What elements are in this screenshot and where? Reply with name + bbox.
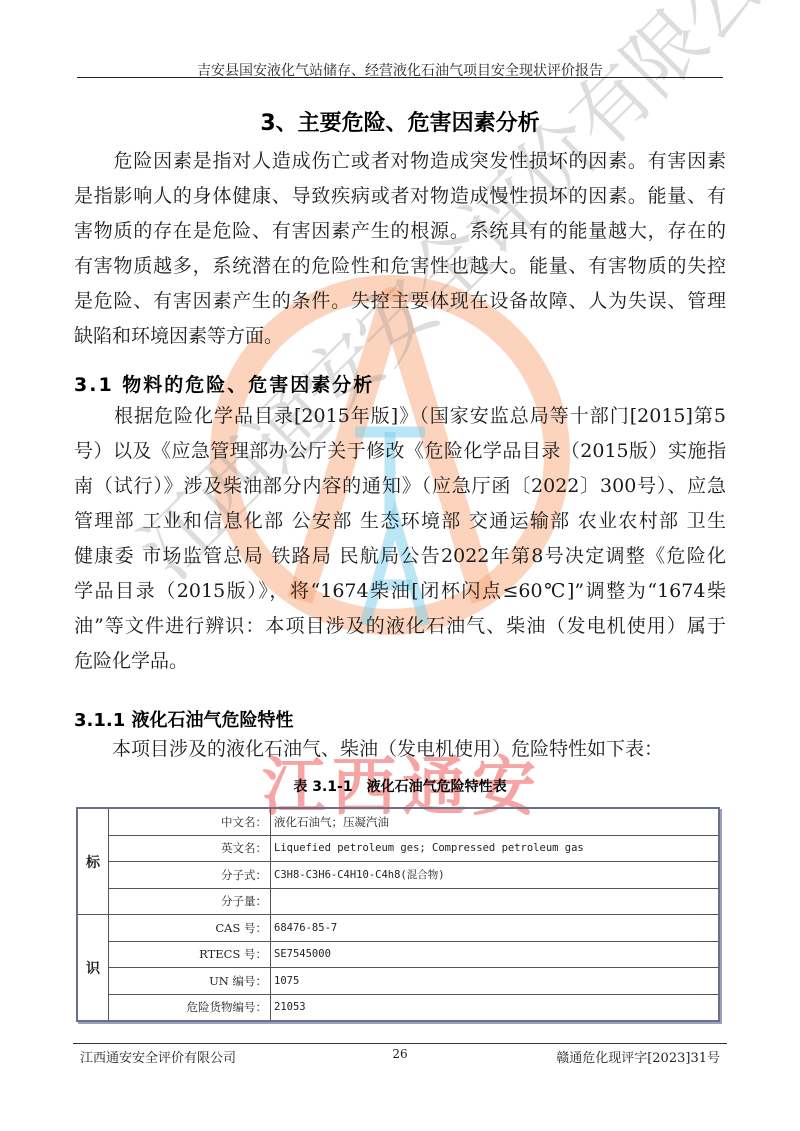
- row-value: Liquefied petroleum ges; Compressed petr…: [271, 835, 720, 862]
- side-label-bottom: 识: [77, 915, 109, 1022]
- table-row: RTECS 号： SE7545000: [77, 941, 719, 968]
- header-divider: [77, 77, 723, 78]
- row-label: 危险货物编号：: [109, 994, 271, 1021]
- text-line: 有害物质越多，系统潜在的危险性和危害性也越大。能量、有害物质的失控: [74, 249, 726, 284]
- text-line: 是危险、有害因素产生的条件。失控主要体现在设备故障、人为失误、管理: [74, 284, 726, 319]
- row-label: RTECS 号：: [109, 941, 271, 968]
- text-line: 学品目录（2015版）》，将“1674柴油[闭杯闪点≤60℃]”调整为“1674…: [74, 574, 726, 609]
- row-value: SE7545000: [271, 941, 720, 968]
- table-row: UN 编号： 1075: [77, 968, 719, 995]
- text-line: 本项目涉及的液化石油气、柴油（发电机使用）危险特性如下表：: [74, 732, 726, 767]
- table-row: 分子量：: [77, 888, 719, 915]
- section-3-1-paragraph: 根据危险化学品目录[2015年版]》（国家安监总局等十部门[2015]第5 号）…: [74, 399, 726, 679]
- row-value: 21053: [271, 994, 720, 1021]
- document-page: 江西通安安全评价有限公司 江西通安 吉安县国安液化气站储存、经营液化石油气项目安…: [0, 0, 800, 1131]
- row-label: 英文名：: [109, 835, 271, 862]
- table-row: 分子式： C3H8-C3H6-C4H10-C4h8(混合物): [77, 862, 719, 889]
- section-3-1-1-intro: 本项目涉及的液化石油气、柴油（发电机使用）危险特性如下表：: [74, 732, 726, 767]
- footer-doc-number: 赣通危化现评字[2023]31号: [556, 1047, 720, 1066]
- side-label-top: 标: [77, 808, 109, 915]
- table-row: 英文名： Liquefied petroleum ges; Compressed…: [77, 835, 719, 862]
- row-value: [271, 888, 720, 915]
- intro-paragraph: 危险因素是指对人造成伤亡或者对物造成突发性损坏的因素。有害因素 是指影响人的身体…: [74, 144, 726, 354]
- text-line: 南（试行）》涉及柴油部分内容的通知》（应急厅函〔2022〕300号）、应急: [74, 469, 726, 504]
- row-label: CAS 号：: [109, 915, 271, 942]
- footer-divider: [73, 1043, 727, 1044]
- table-row: 危险货物编号： 21053: [77, 994, 719, 1021]
- text-line: 危险化学品。: [74, 644, 726, 679]
- table-caption: 表 3.1-1 液化石油气危险特性表: [0, 776, 800, 796]
- text-line: 危险因素是指对人造成伤亡或者对物造成突发性损坏的因素。有害因素: [74, 144, 726, 179]
- text-line: 害物质的存在是危险、有害因素产生的根源。系统具有的能量越大，存在的: [74, 214, 726, 249]
- hazard-properties-table: 标 中文名： 液化石油气；压凝汽油 英文名： Liquefied petrole…: [76, 807, 720, 1022]
- section-heading-3-1: 3.1 物料的危险、危害因素分析: [74, 370, 374, 397]
- text-line: 是指影响人的身体健康、导致疾病或者对物造成慢性损坏的因素。能量、有: [74, 179, 726, 214]
- table-row: 识 CAS 号： 68476-85-7: [77, 915, 719, 942]
- text-line: 管理部 工业和信息化部 公安部 生态环境部 交通运输部 农业农村部 卫生: [74, 504, 726, 539]
- row-label: 分子量：: [109, 888, 271, 915]
- row-value: 液化石油气；压凝汽油: [271, 808, 720, 835]
- text-line: 缺陷和环境因素等方面。: [74, 319, 726, 354]
- row-label: 中文名：: [109, 808, 271, 835]
- section-heading-3-1-1: 3.1.1 液化石油气危险特性: [74, 706, 294, 732]
- chapter-title: 3、主要危险、危害因素分析: [0, 106, 800, 137]
- text-line: 健康委 市场监管总局 铁路局 民航局公告2022年第8号决定调整《危险化: [74, 539, 726, 574]
- row-value: 1075: [271, 968, 720, 995]
- row-value: C3H8-C3H6-C4H10-C4h8(混合物): [271, 862, 720, 889]
- text-line: 根据危险化学品目录[2015年版]》（国家安监总局等十部门[2015]第5: [74, 399, 726, 434]
- text-line: 号）以及《应急管理部办公厅关于修改《危险化学品目录（2015版）实施指: [74, 434, 726, 469]
- row-value: 68476-85-7: [271, 915, 720, 942]
- table-row: 标 中文名： 液化石油气；压凝汽油: [77, 808, 719, 835]
- row-label: UN 编号：: [109, 968, 271, 995]
- text-line: 油”等文件进行辨识：本项目涉及的液化石油气、柴油（发电机使用）属于: [74, 609, 726, 644]
- row-label: 分子式：: [109, 862, 271, 889]
